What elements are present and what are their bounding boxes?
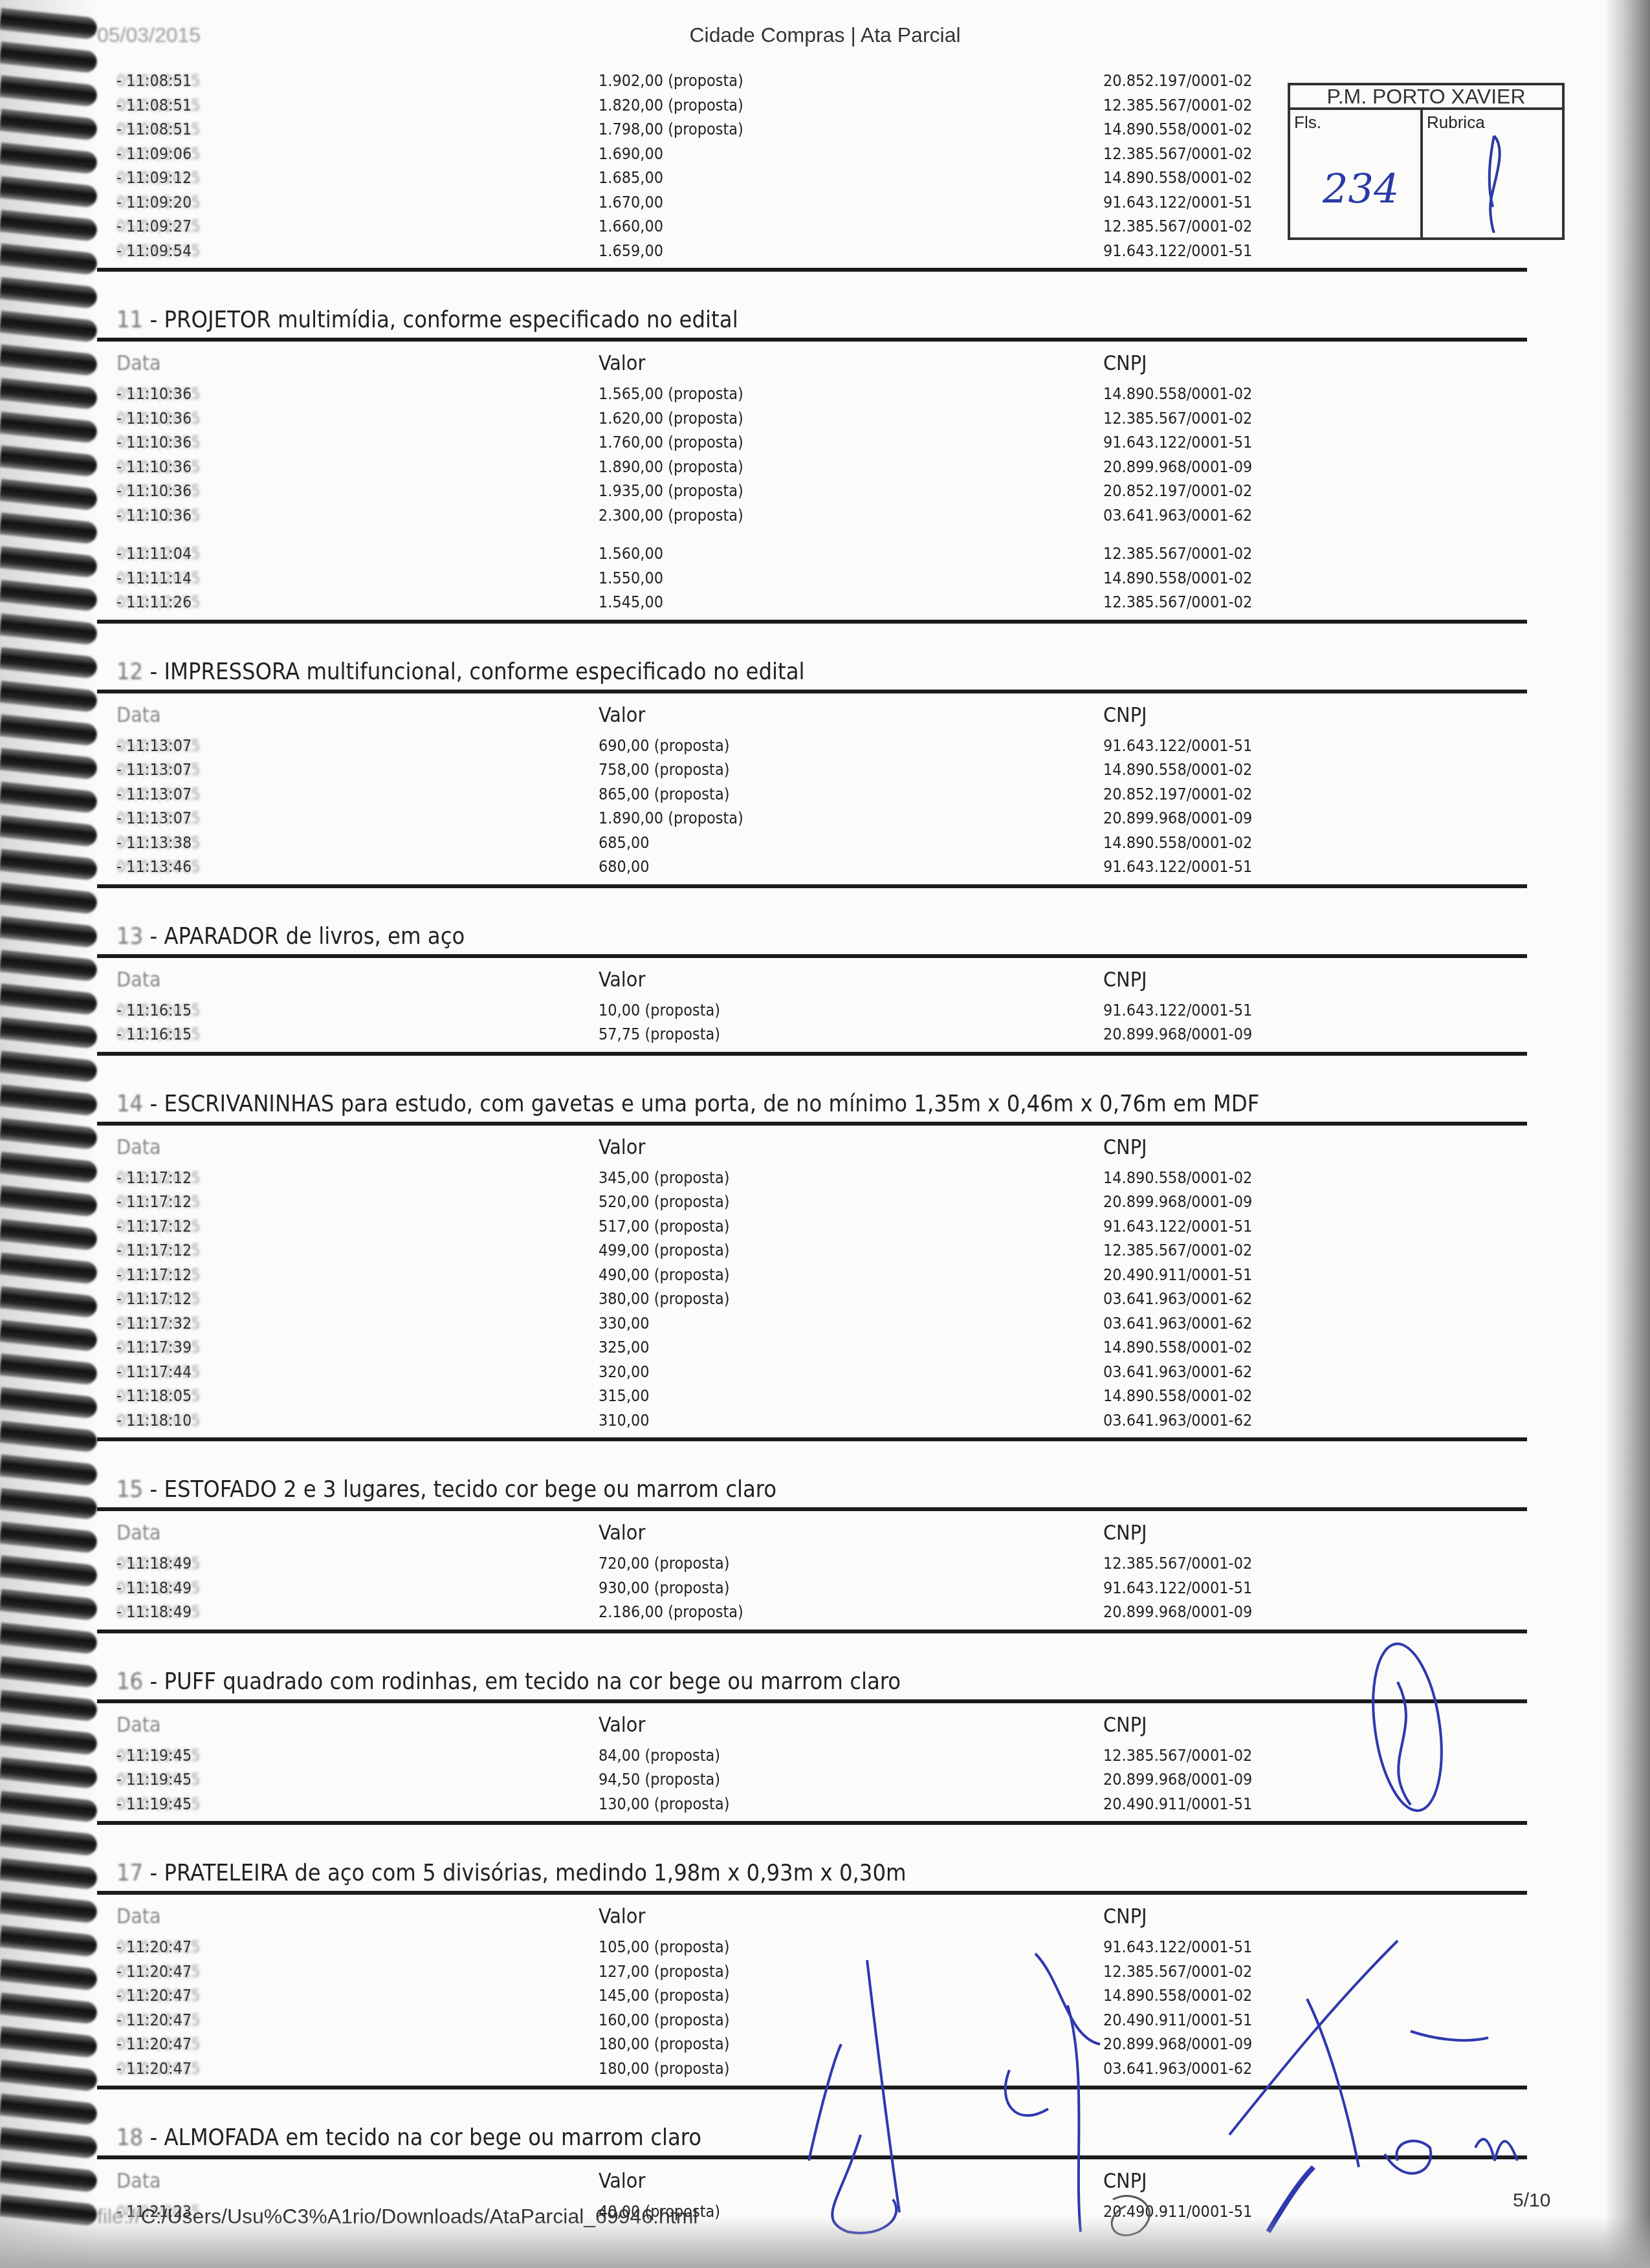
bid-row: 05/03/2015 - 11:13:071.890,00 (proposta)… <box>97 809 1527 833</box>
bid-value: 94,50 (proposta) <box>599 1770 720 1789</box>
binding-ring <box>0 210 98 241</box>
bid-value: 1.890,00 (proposta) <box>599 457 743 476</box>
item-section: 16 - PUFF quadrado com rodinhas, em teci… <box>97 1668 1527 1826</box>
binding-ring <box>0 781 98 813</box>
item-title-rule <box>97 1122 1527 1126</box>
binding-ring <box>0 1421 98 1452</box>
page-number: 5/10 <box>1513 2190 1550 2212</box>
bid-cnpj: 12.385.567/0001-02 <box>1103 1962 1252 1981</box>
column-header-cnpj: CNPJ <box>1103 351 1147 375</box>
bid-cnpj: 20.899.968/0001-09 <box>1103 1602 1252 1621</box>
bid-value: 490,00 (proposta) <box>599 1265 729 1284</box>
bid-row: 05/03/2015 - 11:10:361.620,00 (proposta)… <box>97 409 1527 433</box>
scan-bottom-shadow <box>0 2216 1650 2268</box>
bid-value: 330,00 <box>599 1314 650 1333</box>
binding-ring <box>0 142 98 174</box>
bid-value: 1.820,00 (proposta) <box>599 96 743 114</box>
binding-ring <box>0 2026 98 2058</box>
bid-cnpj: 91.643.122/0001-51 <box>1103 1937 1252 1956</box>
binding-ring <box>0 344 98 376</box>
item-section: 14 - ESCRIVANINHAS para estudo, com gave… <box>97 1091 1527 1442</box>
binding-ring <box>0 1959 98 1990</box>
binding-ring <box>0 277 98 309</box>
bid-value: 1.659,00 <box>599 241 663 260</box>
binding-ring <box>0 1219 98 1250</box>
column-header-date: Data <box>116 351 161 375</box>
item-title: 11 - PROJETOR multimídia, conforme espec… <box>97 307 1527 336</box>
binding-ring <box>0 1622 98 1654</box>
bid-value: 499,00 (proposta) <box>599 1241 729 1259</box>
bid-cnpj: 12.385.567/0001-02 <box>1103 144 1252 163</box>
bid-cnpj: 20.490.911/0001-51 <box>1103 1794 1252 1813</box>
bid-row: 05/03/2015 - 11:10:361.890,00 (proposta)… <box>97 457 1527 482</box>
bid-cnpj: 91.643.122/0001-51 <box>1103 1578 1252 1597</box>
binding-ring <box>0 1084 98 1116</box>
item-title-rule <box>97 690 1527 693</box>
column-headers: DataValorCNPJ <box>97 1135 1527 1168</box>
bid-row: 05/03/2015 - 11:20:47180,00 (proposta)20… <box>97 2034 1527 2059</box>
bid-cnpj: 20.899.968/0001-09 <box>1103 2034 1252 2053</box>
binding-ring <box>0 1017 98 1049</box>
binding-ring <box>0 1824 98 1856</box>
bid-row: 05/03/2015 - 11:17:39325,0014.890.558/00… <box>97 1338 1527 1362</box>
section-divider <box>97 2086 1527 2089</box>
binding-ring <box>0 75 98 107</box>
bid-cnpj: 14.890.558/0001-02 <box>1103 833 1252 852</box>
column-header-value: Valor <box>599 1712 645 1737</box>
bid-cnpj: 14.890.558/0001-02 <box>1103 760 1252 779</box>
bid-row: 05/03/2015 - 11:18:49720,00 (proposta)12… <box>97 1554 1527 1578</box>
bid-row: 05/03/2015 - 11:10:361.565,00 (proposta)… <box>97 384 1527 409</box>
bid-cnpj: 14.890.558/0001-02 <box>1103 1986 1252 2005</box>
bid-row: 05/03/2015 - 11:19:4584,00 (proposta)12.… <box>97 1746 1527 1771</box>
column-header-value: Valor <box>599 703 645 727</box>
bid-row: 05/03/2015 - 11:20:47145,00 (proposta)14… <box>97 1986 1527 2011</box>
item-title: 17 - PRATELEIRA de aço com 5 divisórias,… <box>97 1860 1527 1890</box>
binding-ring <box>0 714 98 746</box>
bid-cnpj: 14.890.558/0001-02 <box>1103 1338 1252 1357</box>
column-header-date: Data <box>116 1712 161 1737</box>
binding-ring <box>0 2093 98 2125</box>
bid-row: 05/03/2015 - 11:13:07758,00 (proposta)14… <box>97 760 1527 785</box>
bid-row: 05/03/2015 - 11:11:041.560,0012.385.567/… <box>97 544 1527 569</box>
bid-cnpj: 91.643.122/0001-51 <box>1103 736 1252 755</box>
bid-value: 2.186,00 (proposta) <box>599 1602 743 1621</box>
bid-value: 380,00 (proposta) <box>599 1289 729 1308</box>
bid-value: 320,00 <box>599 1362 650 1381</box>
item-section: 12 - IMPRESSORA multifuncional, conforme… <box>97 659 1527 888</box>
bid-value: 1.550,00 <box>599 569 663 587</box>
bid-row: 05/03/2015 - 11:20:47160,00 (proposta)20… <box>97 2011 1527 2035</box>
column-header-cnpj: CNPJ <box>1103 967 1147 992</box>
bid-cnpj: 91.643.122/0001-51 <box>1103 1217 1252 1236</box>
bid-value: 930,00 (proposta) <box>599 1578 729 1597</box>
binding-ring <box>0 243 98 275</box>
bid-row: 05/03/2015 - 11:09:201.670,0091.643.122/… <box>97 193 1527 217</box>
bid-row: 05/03/2015 - 11:18:492.186,00 (proposta)… <box>97 1602 1527 1627</box>
column-header-value: Valor <box>599 1904 645 1928</box>
bid-cnpj: 03.641.963/0001-62 <box>1103 506 1252 525</box>
bid-row: 05/03/2015 - 11:09:271.660,0012.385.567/… <box>97 217 1527 241</box>
column-header-value: Valor <box>599 967 645 992</box>
binding-ring <box>0 2161 98 2192</box>
bid-cnpj: 03.641.963/0001-62 <box>1103 2059 1252 2078</box>
binding-ring <box>0 1454 98 1486</box>
bid-cnpj: 14.890.558/0001-02 <box>1103 384 1252 403</box>
column-headers: DataValorCNPJ <box>97 967 1527 1001</box>
binding-ring <box>0 546 98 578</box>
column-headers: DataValorCNPJ <box>97 1520 1527 1554</box>
item-section: 15 - ESTOFADO 2 e 3 lugares, tecido cor … <box>97 1476 1527 1633</box>
bid-cnpj: 20.852.197/0001-02 <box>1103 481 1252 500</box>
binding-ring <box>0 1656 98 1688</box>
binding-ring <box>0 109 98 140</box>
section-divider <box>97 1630 1527 1633</box>
binding-ring <box>0 2127 98 2159</box>
bid-cnpj: 20.899.968/0001-09 <box>1103 1770 1252 1789</box>
item-title-rule <box>97 1699 1527 1703</box>
bid-row: 05/03/2015 - 11:17:12517,00 (proposta)91… <box>97 1217 1527 1241</box>
bid-row: 05/03/2015 - 11:18:05315,0014.890.558/00… <box>97 1386 1527 1411</box>
bid-value: 180,00 (proposta) <box>599 2034 729 2053</box>
bid-cnpj: 20.852.197/0001-02 <box>1103 785 1252 803</box>
bid-row: 05/03/2015 - 11:17:12499,00 (proposta)12… <box>97 1241 1527 1265</box>
item-title-rule <box>97 338 1527 342</box>
bid-cnpj: 20.852.197/0001-02 <box>1103 71 1252 90</box>
bid-cnpj: 12.385.567/0001-02 <box>1103 593 1252 611</box>
column-header-cnpj: CNPJ <box>1103 1904 1147 1928</box>
section-divider <box>97 1821 1527 1825</box>
bid-row: 05/03/2015 - 11:19:45130,00 (proposta)20… <box>97 1794 1527 1819</box>
column-header-date: Data <box>116 1520 161 1545</box>
bid-cnpj: 12.385.567/0001-02 <box>1103 96 1252 114</box>
binding-ring <box>0 378 98 409</box>
bid-value: 310,00 <box>599 1411 650 1430</box>
bid-row: 05/03/2015 - 11:08:511.902,00 (proposta)… <box>97 71 1527 96</box>
bid-value: 865,00 (proposta) <box>599 785 729 803</box>
item-title-rule <box>97 1891 1527 1895</box>
item-section: 13 - APARADOR de livros, em açoDataValor… <box>97 923 1527 1056</box>
binding-ring <box>0 1286 98 1318</box>
bid-cnpj: 20.490.911/0001-51 <box>1103 2011 1252 2029</box>
bid-row: 05/03/2015 - 11:11:141.550,0014.890.558/… <box>97 569 1527 593</box>
bid-value: 1.902,00 (proposta) <box>599 71 743 90</box>
column-headers: DataValorCNPJ <box>97 2168 1527 2202</box>
binding-ring <box>0 849 98 880</box>
bid-cnpj: 91.643.122/0001-51 <box>1103 433 1252 452</box>
bid-row: 05/03/2015 - 11:18:10310,0003.641.963/00… <box>97 1411 1527 1435</box>
item-title: 12 - IMPRESSORA multifuncional, conforme… <box>97 659 1527 688</box>
binding-ring <box>0 882 98 914</box>
bid-report: 05/03/2015 - 11:08:511.902,00 (proposta)… <box>97 71 1527 2227</box>
bid-value: 1.545,00 <box>599 593 663 611</box>
bid-cnpj: 14.890.558/0001-02 <box>1103 569 1252 587</box>
binding-ring <box>0 815 98 847</box>
binding-ring <box>0 1858 98 1890</box>
bid-value: 105,00 (proposta) <box>599 1937 729 1956</box>
bid-row: 05/03/2015 - 11:16:1557,75 (proposta)20.… <box>97 1025 1527 1049</box>
binding-ring <box>0 1723 98 1755</box>
bid-row: 05/03/2015 - 11:09:061.690,0012.385.567/… <box>97 144 1527 169</box>
bid-value: 127,00 (proposta) <box>599 1962 729 1981</box>
item-title-rule <box>97 1507 1527 1511</box>
bid-value: 130,00 (proposta) <box>599 1794 729 1813</box>
bid-cnpj: 12.385.567/0001-02 <box>1103 544 1252 563</box>
bid-row: 05/03/2015 - 11:09:541.659,0091.643.122/… <box>97 241 1527 266</box>
column-header-value: Valor <box>599 351 645 375</box>
binding-ring <box>0 1757 98 1789</box>
bid-value: 160,00 (proposta) <box>599 2011 729 2029</box>
binding-ring <box>0 748 98 780</box>
bid-value: 1.660,00 <box>599 217 663 235</box>
binding-ring <box>0 1521 98 1553</box>
bid-value: 720,00 (proposta) <box>599 1554 729 1573</box>
bid-row: 05/03/2015 - 11:16:1510,00 (proposta)91.… <box>97 1001 1527 1025</box>
bid-row: 05/03/2015 - 11:17:12490,00 (proposta)20… <box>97 1265 1527 1290</box>
binding-ring <box>0 1488 98 1520</box>
column-header-cnpj: CNPJ <box>1103 1712 1147 1737</box>
column-header-cnpj: CNPJ <box>1103 2168 1147 2193</box>
bid-row: 05/03/2015 - 11:11:261.545,0012.385.567/… <box>97 593 1527 617</box>
bid-cnpj: 20.899.968/0001-09 <box>1103 1025 1252 1043</box>
column-header-date: Data <box>116 2168 161 2193</box>
binding-ring <box>0 411 98 443</box>
binding-ring <box>0 916 98 948</box>
binding-ring <box>0 580 98 611</box>
bid-value: 690,00 (proposta) <box>599 736 729 755</box>
bid-value: 685,00 <box>599 833 650 852</box>
item-title: 13 - APARADOR de livros, em aço <box>97 923 1527 953</box>
item-section: 11 - PROJETOR multimídia, conforme espec… <box>97 307 1527 624</box>
bid-row: 05/03/2015 - 11:20:47105,00 (proposta)91… <box>97 1937 1527 1962</box>
bid-value: 10,00 (proposta) <box>599 1001 720 1020</box>
binding-ring <box>0 512 98 544</box>
bid-cnpj: 91.643.122/0001-51 <box>1103 241 1252 260</box>
bid-value: 520,00 (proposta) <box>599 1192 729 1211</box>
binding-ring <box>0 479 98 510</box>
header-date: 05/03/2015 <box>97 23 201 47</box>
bid-value: 1.890,00 (proposta) <box>599 809 743 827</box>
bid-row: 05/03/2015 - 11:19:4594,50 (proposta)20.… <box>97 1770 1527 1794</box>
page-title: Cidade Compras | Ata Parcial <box>689 23 960 47</box>
bid-row: 05/03/2015 - 11:10:361.935,00 (proposta)… <box>97 481 1527 506</box>
column-header-date: Data <box>116 1135 161 1159</box>
binding-ring <box>0 983 98 1015</box>
items-list: 11 - PROJETOR multimídia, conforme espec… <box>97 307 1527 2227</box>
bid-value: 758,00 (proposta) <box>599 760 729 779</box>
bid-cnpj: 03.641.963/0001-62 <box>1103 1289 1252 1308</box>
bid-row: 05/03/2015 - 11:18:49930,00 (proposta)91… <box>97 1578 1527 1603</box>
bid-value: 1.690,00 <box>599 144 663 163</box>
binding-ring <box>0 1185 98 1217</box>
bid-cnpj: 12.385.567/0001-02 <box>1103 217 1252 235</box>
bid-cnpj: 20.899.968/0001-09 <box>1103 457 1252 476</box>
column-headers: DataValorCNPJ <box>97 703 1527 736</box>
binding-ring <box>0 1892 98 1923</box>
bid-value: 1.560,00 <box>599 544 663 563</box>
bid-cnpj: 12.385.567/0001-02 <box>1103 409 1252 428</box>
column-header-cnpj: CNPJ <box>1103 1135 1147 1159</box>
page-header: 05/03/2015 Cidade Compras | Ata Parcial <box>0 23 1650 47</box>
bid-row: 05/03/2015 - 11:17:12380,00 (proposta)03… <box>97 1289 1527 1314</box>
bid-cnpj: 20.899.968/0001-09 <box>1103 809 1252 827</box>
bid-value: 325,00 <box>599 1338 650 1357</box>
item-section: 17 - PRATELEIRA de aço com 5 divisórias,… <box>97 1860 1527 2089</box>
bid-value: 1.670,00 <box>599 193 663 212</box>
bid-cnpj: 91.643.122/0001-51 <box>1103 1001 1252 1020</box>
binding-ring <box>0 445 98 477</box>
column-header-date: Data <box>116 1904 161 1928</box>
column-header-date: Data <box>116 703 161 727</box>
item-title: 16 - PUFF quadrado com rodinhas, em teci… <box>97 1668 1527 1698</box>
bid-value: 145,00 (proposta) <box>599 1986 729 2005</box>
column-headers: DataValorCNPJ <box>97 1904 1527 1937</box>
column-header-value: Valor <box>599 2168 645 2193</box>
binding-ring <box>0 1320 98 1351</box>
bid-cnpj: 20.490.911/0001-51 <box>1103 1265 1252 1284</box>
bid-cnpj: 12.385.567/0001-02 <box>1103 1241 1252 1259</box>
binding-ring <box>0 176 98 208</box>
bid-value: 2.300,00 (proposta) <box>599 506 743 525</box>
item-title: 15 - ESTOFADO 2 e 3 lugares, tecido cor … <box>97 1476 1527 1506</box>
binding-ring <box>0 2060 98 2091</box>
column-header-value: Valor <box>599 1135 645 1159</box>
item-title: 18 - ALMOFADA em tecido na cor bege ou m… <box>97 2124 1527 2154</box>
bid-value: 84,00 (proposta) <box>599 1746 720 1765</box>
binding-ring <box>0 1992 98 2024</box>
binding-ring <box>0 950 98 981</box>
bid-value: 1.760,00 (proposta) <box>599 433 743 452</box>
column-header-cnpj: CNPJ <box>1103 703 1147 727</box>
bid-row: 05/03/2015 - 11:17:12345,00 (proposta)14… <box>97 1168 1527 1193</box>
item-title: 14 - ESCRIVANINHAS para estudo, com gave… <box>97 1091 1527 1120</box>
bid-value: 680,00 <box>599 857 650 876</box>
binding-ring <box>0 311 98 342</box>
binding-ring <box>0 1051 98 1082</box>
binding-ring <box>0 1151 98 1183</box>
column-header-cnpj: CNPJ <box>1103 1520 1147 1545</box>
bid-cnpj: 14.890.558/0001-02 <box>1103 1168 1252 1187</box>
bid-cnpj: 14.890.558/0001-02 <box>1103 120 1252 138</box>
binding-ring <box>0 1589 98 1620</box>
bid-row: 05/03/2015 - 11:09:121.685,0014.890.558/… <box>97 168 1527 193</box>
bid-value: 315,00 <box>599 1386 650 1405</box>
continued-bid-list: 05/03/2015 - 11:08:511.902,00 (proposta)… <box>97 71 1527 265</box>
section-divider <box>97 1437 1527 1441</box>
bid-value: 345,00 (proposta) <box>599 1168 729 1187</box>
bid-cnpj: 20.899.968/0001-09 <box>1103 1192 1252 1211</box>
binding-ring <box>0 647 98 679</box>
bid-row: 05/03/2015 - 11:17:12520,00 (proposta)20… <box>97 1192 1527 1217</box>
bid-row: 05/03/2015 - 11:13:46680,0091.643.122/00… <box>97 857 1527 882</box>
bid-cnpj: 14.890.558/0001-02 <box>1103 1386 1252 1405</box>
bid-cnpj: 12.385.567/0001-02 <box>1103 1554 1252 1573</box>
bid-cnpj: 14.890.558/0001-02 <box>1103 168 1252 187</box>
binding-ring <box>0 1252 98 1284</box>
bid-row: 05/03/2015 - 11:20:47127,00 (proposta)12… <box>97 1962 1527 1987</box>
bid-cnpj: 03.641.963/0001-62 <box>1103 1411 1252 1430</box>
bid-value: 1.620,00 (proposta) <box>599 409 743 428</box>
bid-value: 1.565,00 (proposta) <box>599 384 743 403</box>
column-headers: DataValorCNPJ <box>97 351 1527 384</box>
binding-ring <box>0 1387 98 1419</box>
section-divider <box>97 1052 1527 1056</box>
bid-value: 57,75 (proposta) <box>599 1025 720 1043</box>
bid-value: 1.935,00 (proposta) <box>599 481 743 500</box>
item-title-rule <box>97 954 1527 958</box>
binding-ring <box>0 681 98 712</box>
bid-cnpj: 12.385.567/0001-02 <box>1103 1746 1252 1765</box>
section-divider <box>97 884 1527 888</box>
column-headers: DataValorCNPJ <box>97 1712 1527 1746</box>
section-divider <box>97 268 1527 272</box>
section-divider <box>97 620 1527 624</box>
column-header-date: Data <box>116 967 161 992</box>
bid-value: 1.798,00 (proposta) <box>599 120 743 138</box>
bid-cnpj: 03.641.963/0001-62 <box>1103 1314 1252 1333</box>
binding-ring <box>0 1925 98 1957</box>
bid-row: 05/03/2015 - 11:13:38685,0014.890.558/00… <box>97 833 1527 858</box>
bid-value: 517,00 (proposta) <box>599 1217 729 1236</box>
bid-cnpj: 03.641.963/0001-62 <box>1103 1362 1252 1381</box>
bid-row: 05/03/2015 - 11:13:07865,00 (proposta)20… <box>97 785 1527 809</box>
bid-row: 05/03/2015 - 11:17:32330,0003.641.963/00… <box>97 1314 1527 1338</box>
bid-value: 1.685,00 <box>599 168 663 187</box>
bid-row: 05/03/2015 - 11:08:511.798,00 (proposta)… <box>97 120 1527 144</box>
bid-row: 05/03/2015 - 11:08:511.820,00 (proposta)… <box>97 96 1527 120</box>
bid-row: 05/03/2015 - 11:20:47180,00 (proposta)03… <box>97 2059 1527 2084</box>
bid-value: 180,00 (proposta) <box>599 2059 729 2078</box>
column-header-value: Valor <box>599 1520 645 1545</box>
bid-row: 05/03/2015 - 11:10:362.300,00 (proposta)… <box>97 506 1527 530</box>
binding-ring <box>0 1690 98 1721</box>
binding-ring <box>0 1791 98 1822</box>
item-title-rule <box>97 2155 1527 2159</box>
bid-row: 05/03/2015 - 11:13:07690,00 (proposta)91… <box>97 736 1527 761</box>
binding-ring <box>0 613 98 645</box>
bid-row: 05/03/2015 - 11:10:361.760,00 (proposta)… <box>97 433 1527 457</box>
bid-row: 05/03/2015 - 11:17:44320,0003.641.963/00… <box>97 1362 1527 1387</box>
page-edge-shadow <box>1605 0 1650 2268</box>
spiral-binding <box>0 0 97 2268</box>
binding-ring <box>0 1353 98 1385</box>
bid-cnpj: 91.643.122/0001-51 <box>1103 193 1252 212</box>
binding-ring <box>0 1118 98 1150</box>
binding-ring <box>0 1555 98 1587</box>
bid-cnpj: 91.643.122/0001-51 <box>1103 857 1252 876</box>
